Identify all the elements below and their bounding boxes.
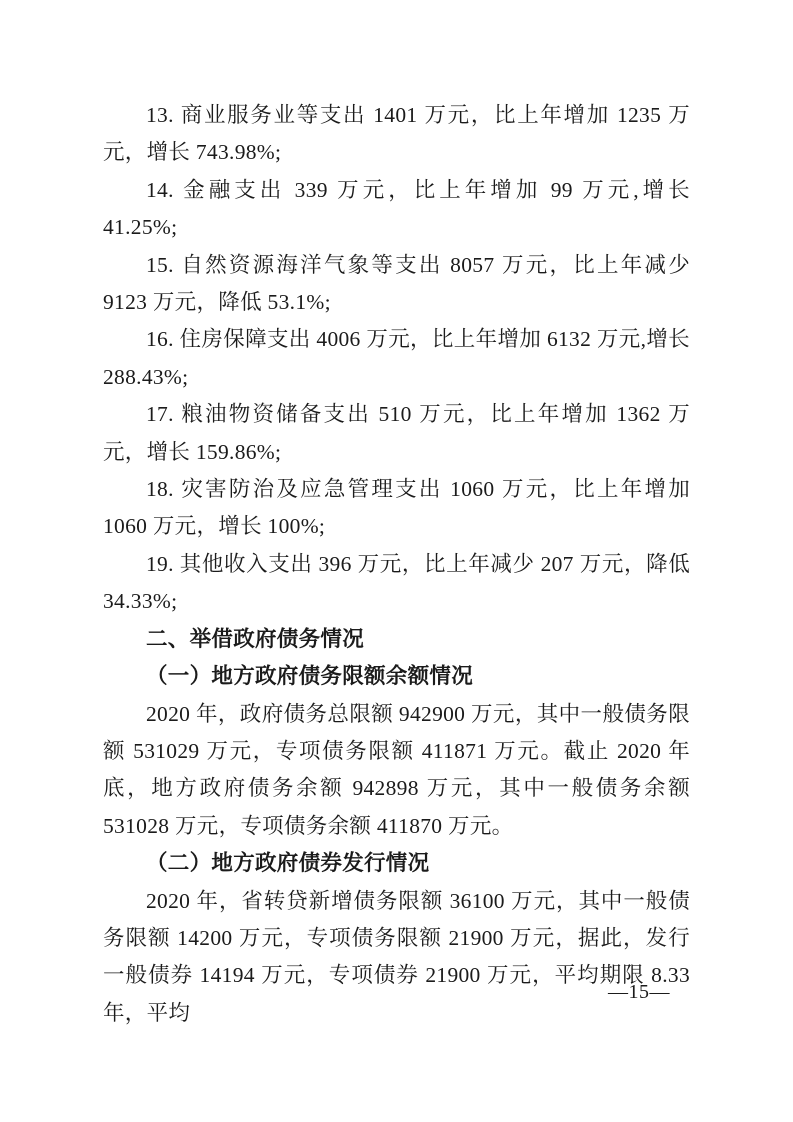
document-body: 13. 商业服务业等支出 1401 万元，比上年增加 1235 万元，增长 74… [103,97,690,1032]
subsection-heading-limit-balance: （一）地方政府债务限额余额情况 [103,658,690,695]
subsection-heading-bond-issuance: （二）地方政府债券发行情况 [103,845,690,882]
page-number: —15— [608,980,670,1004]
document-page: 13. 商业服务业等支出 1401 万元，比上年增加 1235 万元，增长 74… [0,0,793,1122]
expenditure-item-13: 13. 商业服务业等支出 1401 万元，比上年增加 1235 万元，增长 74… [103,97,690,172]
paragraph-bond-issuance: 2020 年，省转贷新增债务限额 36100 万元，其中一般债务限额 14200… [103,883,690,1033]
expenditure-item-15: 15. 自然资源海洋气象等支出 8057 万元，比上年减少 9123 万元，降低… [103,247,690,322]
expenditure-item-19: 19. 其他收入支出 396 万元，比上年减少 207 万元，降低 34.33%… [103,546,690,621]
expenditure-item-14: 14. 金融支出 339 万元，比上年增加 99 万元,增长 41.25%; [103,172,690,247]
expenditure-item-18: 18. 灾害防治及应急管理支出 1060 万元，比上年增加 1060 万元，增长… [103,471,690,546]
section-heading-debt: 二、举借政府债务情况 [103,621,690,658]
expenditure-item-17: 17. 粮油物资储备支出 510 万元，比上年增加 1362 万元，增长 159… [103,396,690,471]
expenditure-item-16: 16. 住房保障支出 4006 万元，比上年增加 6132 万元,增长 288.… [103,321,690,396]
paragraph-debt-limit-balance: 2020 年，政府债务总限额 942900 万元，其中一般债务限额 531029… [103,696,690,846]
